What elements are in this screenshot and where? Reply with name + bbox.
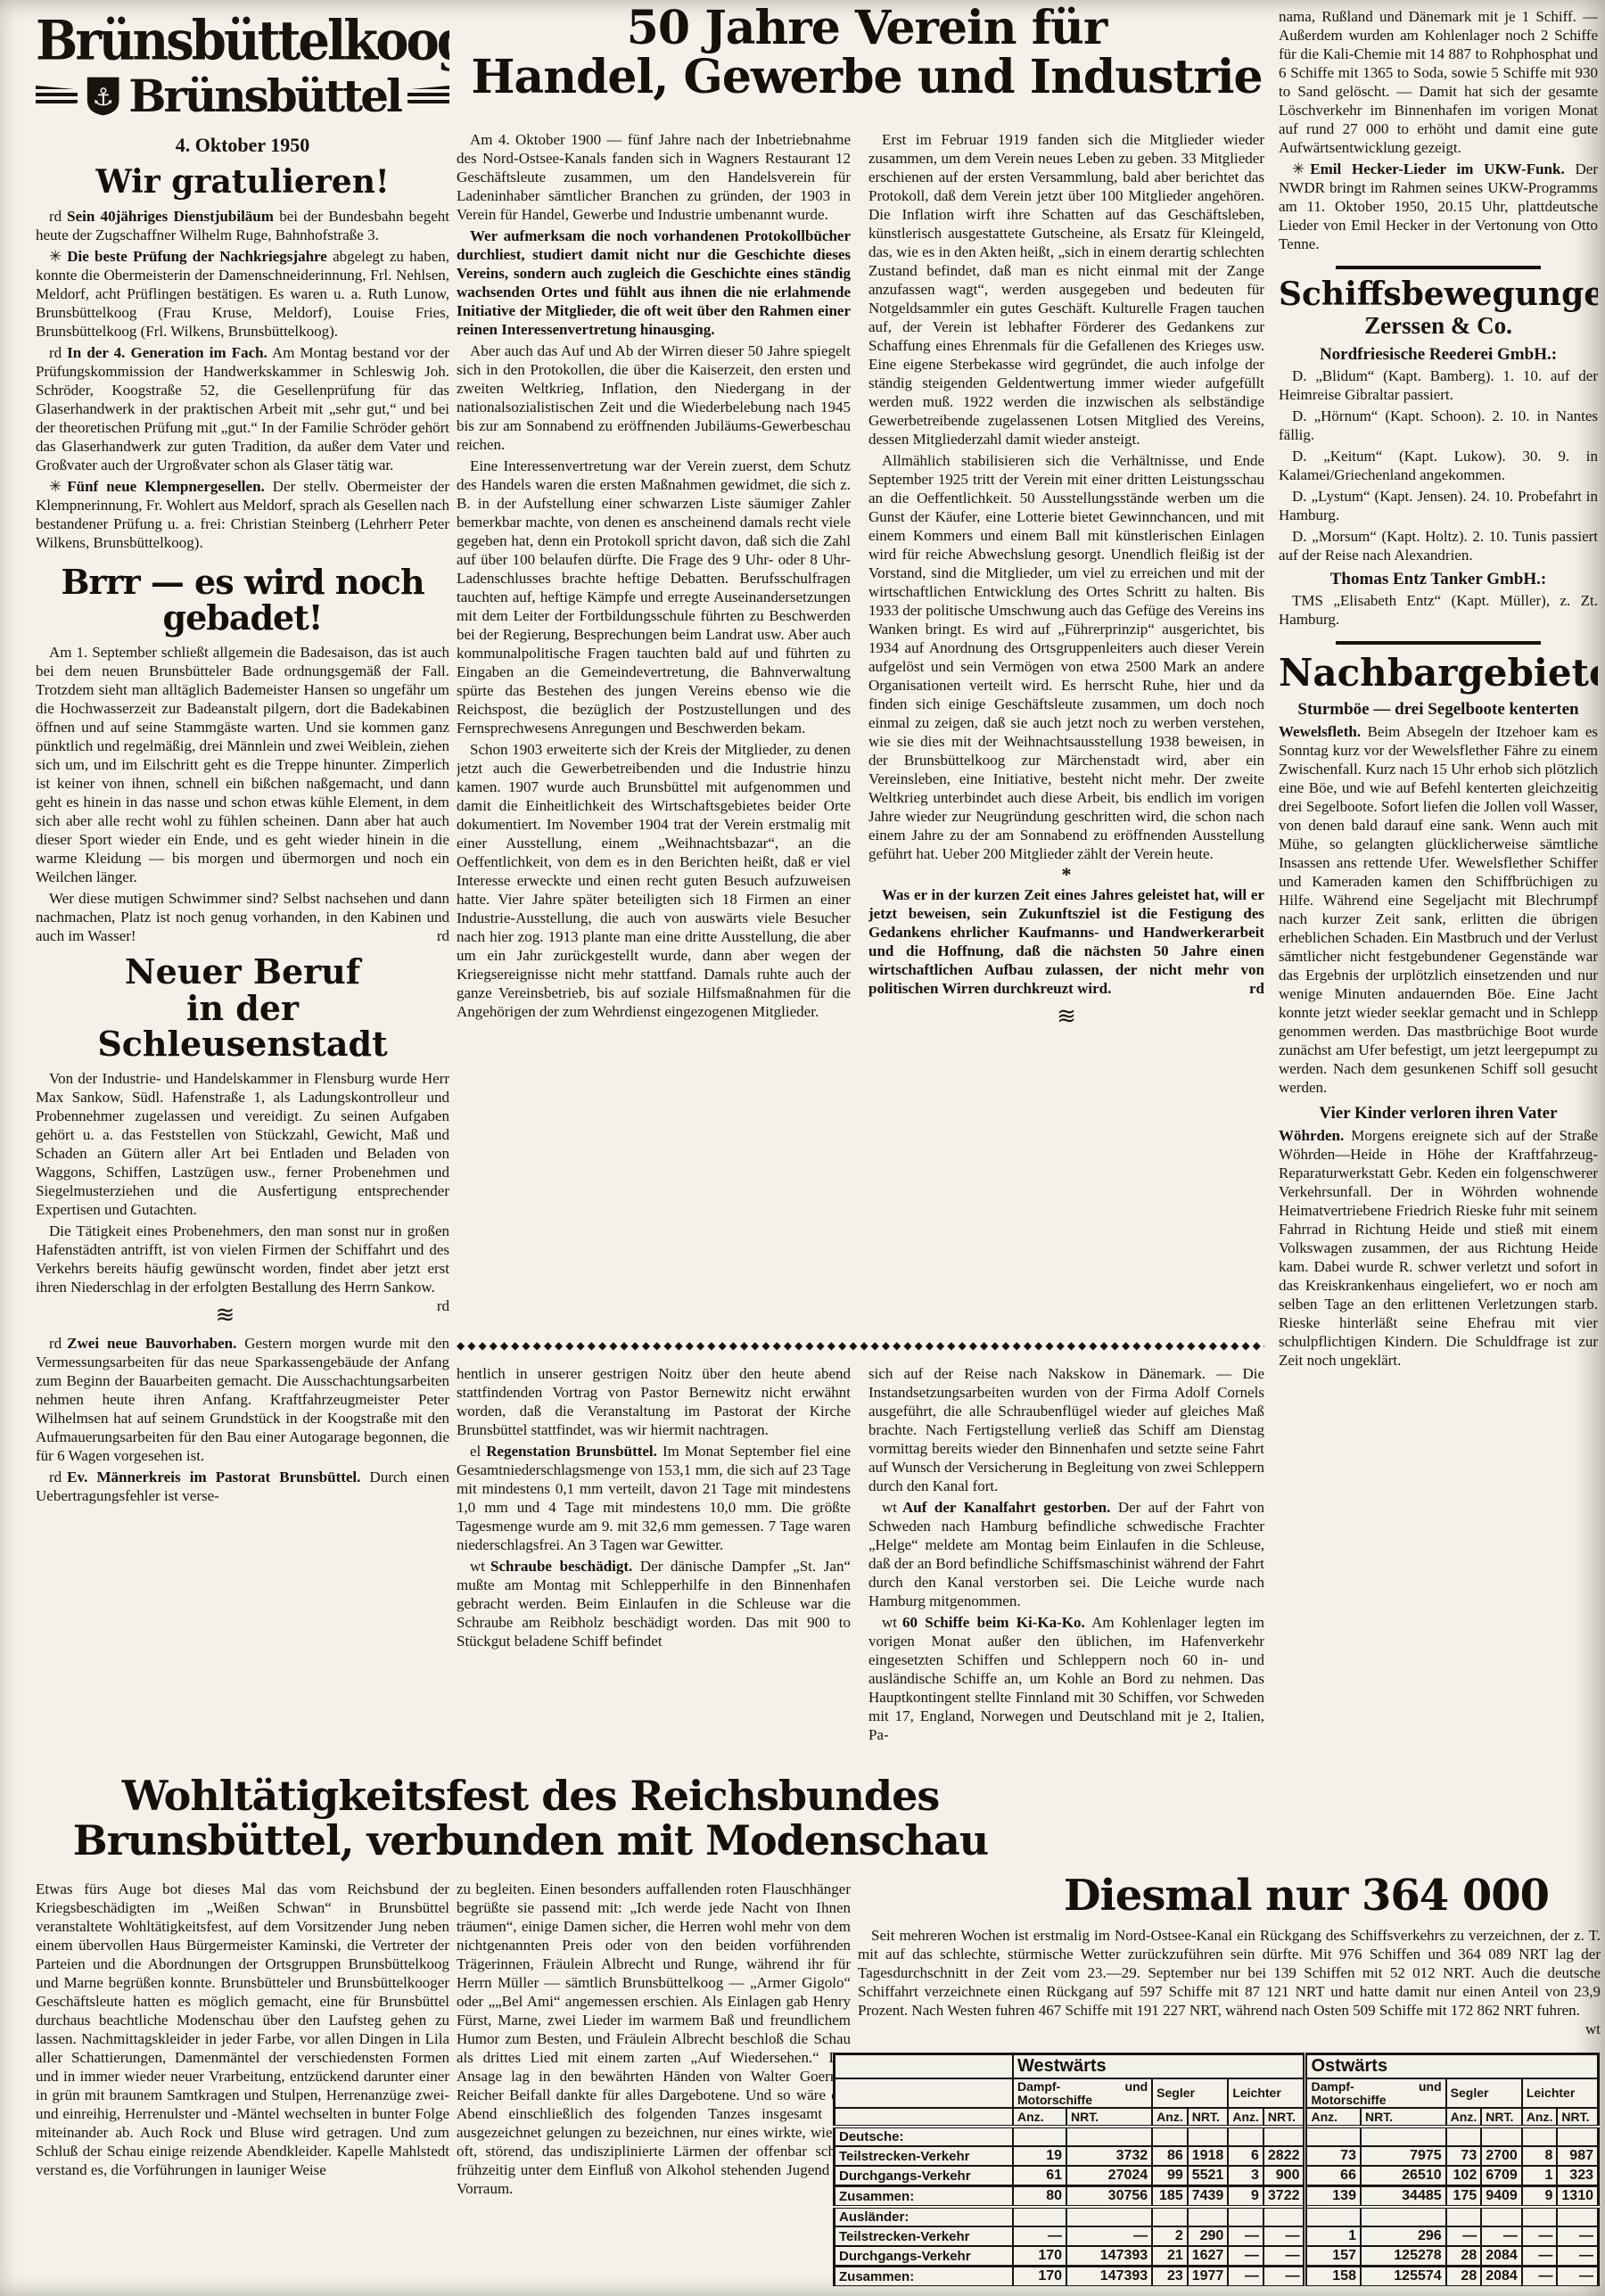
table-cell: 9 bbox=[1522, 2186, 1558, 2208]
table-cell: 102 bbox=[1446, 2166, 1482, 2186]
table-header-nrt: NRT. bbox=[1481, 2108, 1522, 2127]
table-cell: 900 bbox=[1263, 2166, 1305, 2186]
table-cell bbox=[1361, 2127, 1446, 2146]
column-4: nama, Rußland und Dänemark mit je 1 Schi… bbox=[1279, 7, 1598, 1849]
masthead: Brünsbüttelkoog ⚓ Brünsbüttel 4. Oktober… bbox=[36, 16, 449, 157]
paragraph: wt60 Schiffe beim Ki-Ka-Ko. Am Kohlenlag… bbox=[868, 1613, 1264, 1744]
paragraph: nama, Rußland und Dänemark mit je 1 Schi… bbox=[1279, 7, 1598, 157]
table-cell: 125574 bbox=[1361, 2267, 1446, 2286]
paragraph: ✳Fünf neue Klempnergesellen. Der stellv.… bbox=[36, 477, 449, 552]
table-cell bbox=[1481, 2207, 1522, 2226]
table-cell: 9 bbox=[1228, 2186, 1263, 2208]
table-cell: 1310 bbox=[1557, 2186, 1598, 2208]
banner-headline: Wohltätigkeitsfest des Reichsbundes Brun… bbox=[36, 1774, 1025, 1874]
table-cell: — bbox=[1522, 2246, 1558, 2267]
table-cell: 19 bbox=[1013, 2146, 1066, 2166]
table-row-label: Zusammen: bbox=[835, 2186, 1014, 2208]
table-header-group: Segler bbox=[1446, 2078, 1522, 2108]
table-header-group: Leichter bbox=[1228, 2078, 1305, 2108]
nrt-table-wrap: Westwärts Ostwärts Dampf- und Motorschif… bbox=[833, 2053, 1601, 2286]
paragraph: Die Tätigkeit eines Probenehmers, den ma… bbox=[36, 1222, 449, 1296]
svg-text:⚓: ⚓ bbox=[92, 84, 113, 111]
newspaper-page: Brünsbüttelkoog ⚓ Brünsbüttel 4. Oktober… bbox=[0, 0, 1605, 2296]
table-cell: 34485 bbox=[1361, 2186, 1446, 2208]
table-cell bbox=[1066, 2127, 1152, 2146]
table-row: Durchgangs-Verkehr6127024995521390066265… bbox=[835, 2166, 1599, 2186]
column-1: Brünsbüttelkoog ⚓ Brünsbüttel 4. Oktober… bbox=[36, 9, 449, 1764]
table-cell: — bbox=[1481, 2226, 1522, 2246]
main-headline-line1: 50 Jahre Verein für bbox=[457, 4, 1277, 53]
table-header-group: Leichter bbox=[1522, 2078, 1599, 2108]
table-cell: — bbox=[1013, 2226, 1066, 2246]
table-row: Durchgangs-Verkehr170147393211627——15712… bbox=[835, 2246, 1599, 2267]
table-cell: 99 bbox=[1152, 2166, 1188, 2186]
masthead-title-line2: Brünsbüttel bbox=[128, 74, 400, 119]
table-cell bbox=[1263, 2127, 1305, 2146]
table-cell: 28 bbox=[1446, 2267, 1482, 2286]
ship-entry: D. „Blidum“ (Kapt. Bamberg). 1. 10. auf … bbox=[1279, 366, 1598, 404]
table-cell bbox=[1228, 2127, 1263, 2146]
table-cell: 73 bbox=[1446, 2146, 1482, 2166]
paragraph: rdIn der 4. Generation im Fach. Am Monta… bbox=[36, 343, 449, 474]
table-cell bbox=[1305, 2207, 1361, 2226]
paragraph: wtAuf der Kanalfahrt gestorben. Der auf … bbox=[868, 1498, 1264, 1610]
banner-headline-line2: Brunsbüttel, verbunden mit Modenschau bbox=[36, 1819, 1025, 1864]
table-cell: — bbox=[1522, 2226, 1558, 2246]
paragraph: Aber auch das Auf und Ab der Wirren dies… bbox=[457, 342, 851, 454]
paragraph: Wer aufmerksam die noch vorhandenen Prot… bbox=[457, 226, 851, 339]
flourish-right-icon bbox=[407, 86, 449, 107]
paragraph: ✳Die beste Prüfung der Nachkriegsjahre a… bbox=[36, 247, 449, 341]
table-header-group: Dampf- und Motorschiffe bbox=[1013, 2078, 1152, 2108]
table-cell: 157 bbox=[1305, 2246, 1361, 2267]
headline-nachbargebiete: Nachbargebiete bbox=[1279, 654, 1598, 693]
table-cell: — bbox=[1263, 2267, 1305, 2286]
table-cell: 73 bbox=[1305, 2146, 1361, 2166]
table-cell: — bbox=[1263, 2226, 1305, 2246]
diamond-divider: ◆◆◆◆◆◆◆◆◆◆◆◆◆◆◆◆◆◆◆◆◆◆◆◆◆◆◆◆◆◆◆◆◆◆◆◆◆◆◆◆… bbox=[457, 1339, 1264, 1352]
table-header-nrt: NRT. bbox=[1188, 2108, 1229, 2127]
table-cell: 8 bbox=[1522, 2146, 1558, 2166]
table-cell bbox=[1522, 2127, 1558, 2146]
headline-wir-gratulieren: Wir gratulieren! bbox=[36, 166, 449, 200]
paragraph: Schon 1903 erweiterte sich der Kreis der… bbox=[457, 740, 851, 1021]
ship-entry: D. „Lystum“ (Kapt. Jensen). 24. 10. Prob… bbox=[1279, 487, 1598, 524]
table-cell: 23 bbox=[1152, 2267, 1188, 2286]
paragraph: Was er in der kurzen Zeit eines Jahres g… bbox=[868, 885, 1264, 998]
table-cell: 6709 bbox=[1481, 2166, 1522, 2186]
table-cell: 147393 bbox=[1066, 2267, 1152, 2286]
table-cell: — bbox=[1263, 2246, 1305, 2267]
paragraph: Wer diese mutigen Schwimmer sind? Selbst… bbox=[36, 889, 449, 945]
squiggle-divider-icon bbox=[36, 1304, 449, 1327]
table-corner bbox=[835, 2078, 1014, 2108]
paragraph: Seit mehreren Wochen ist erstmalig im No… bbox=[858, 1926, 1601, 2020]
paragraph: hentlich in unserer gestrigen Noitz über… bbox=[457, 1364, 851, 1439]
table-cell: 66 bbox=[1305, 2166, 1361, 2186]
table-cell: — bbox=[1557, 2246, 1598, 2267]
table-cell: 296 bbox=[1361, 2226, 1446, 2246]
bottom-column-b: zu begleiten. Einen besonders auffallend… bbox=[457, 1880, 851, 2290]
table-corner bbox=[835, 2108, 1014, 2127]
table-cell: 80 bbox=[1013, 2186, 1066, 2208]
table-cell: 3 bbox=[1228, 2166, 1263, 2186]
table-cell: 7975 bbox=[1361, 2146, 1446, 2166]
banner-headline-line1: Wohltätigkeitsfest des Reichsbundes bbox=[36, 1774, 1025, 1819]
paragraph: wtSchraube beschädigt. Der dänische Damp… bbox=[457, 1557, 851, 1650]
ship-entry: D. „Hörnum“ (Kapt. Schoon). 2. 10. in Na… bbox=[1279, 407, 1598, 444]
table-cell: 170 bbox=[1013, 2246, 1066, 2267]
table-cell: 125278 bbox=[1361, 2246, 1446, 2267]
table-cell: 175 bbox=[1446, 2186, 1482, 2208]
table-cell: 1627 bbox=[1188, 2246, 1229, 2267]
table-cell bbox=[1152, 2127, 1188, 2146]
paragraph: Etwas fürs Auge bot dieses Mal das vom R… bbox=[36, 1880, 449, 2179]
table-cell: 185 bbox=[1152, 2186, 1188, 2208]
table-cell: 9409 bbox=[1481, 2186, 1522, 2208]
table-cell bbox=[1361, 2207, 1446, 2226]
table-cell: 30756 bbox=[1066, 2186, 1152, 2208]
table-cell bbox=[1557, 2207, 1598, 2226]
table-row-label: Deutsche: bbox=[835, 2127, 1014, 2146]
paragraph: sich auf der Reise nach Nakskow in Dänem… bbox=[868, 1364, 1264, 1495]
table-cell: — bbox=[1228, 2226, 1263, 2246]
paragraph: elRegenstation Brunsbüttel. Im Monat Sep… bbox=[457, 1442, 851, 1554]
subhead-vier-kinder: Vier Kinder verloren ihren Vater bbox=[1279, 1104, 1598, 1123]
headline-schiffsbewegungen: Schiffsbewegungen bbox=[1279, 278, 1598, 310]
ship-entry: TMS „Elisabeth Entz“ (Kapt. Müller), z. … bbox=[1279, 591, 1598, 629]
table-cell: — bbox=[1522, 2267, 1558, 2286]
table-cell: 987 bbox=[1557, 2146, 1598, 2166]
paragraph: Wewelsfleth. Beim Absegeln der Itzehoer … bbox=[1279, 722, 1598, 1097]
table-cell: — bbox=[1557, 2267, 1598, 2286]
masthead-title-line1: Brünsbüttelkoog bbox=[36, 14, 449, 68]
table-cell: 2084 bbox=[1481, 2267, 1522, 2286]
table-cell: 3732 bbox=[1066, 2146, 1152, 2166]
table-header-anz: Anz. bbox=[1305, 2108, 1361, 2127]
table-cell bbox=[1446, 2127, 1482, 2146]
table-cell bbox=[1557, 2127, 1598, 2146]
star-divider-icon: * bbox=[868, 866, 1264, 884]
table-row-label: Durchgangs-Verkehr bbox=[835, 2246, 1014, 2267]
column-2-top: Am 4. Oktober 1900 — fünf Jahre nach der… bbox=[457, 130, 851, 1336]
table-cell: 1 bbox=[1305, 2226, 1361, 2246]
table-group-row: Deutsche: bbox=[835, 2127, 1599, 2146]
squiggle-divider-icon bbox=[868, 1005, 1264, 1028]
flourish-left-icon bbox=[36, 86, 78, 107]
subtitle-zerssen: Zerssen & Co. bbox=[1279, 312, 1598, 340]
table-cell: 2700 bbox=[1481, 2146, 1522, 2166]
table-cell: 139 bbox=[1305, 2186, 1361, 2208]
table-header-nrt: NRT. bbox=[1066, 2108, 1152, 2127]
table-row: Teilstrecken-Verkehr19373286191862822737… bbox=[835, 2146, 1599, 2166]
paragraph: Wöhrden. Morgens ereignete sich auf der … bbox=[1279, 1126, 1598, 1370]
table-cell: 1 bbox=[1522, 2166, 1558, 2186]
headline-diesmal: Diesmal nur 364 000 NRT bbox=[1012, 1871, 1601, 1921]
paragraph: Allmählich stabilisieren sich die Verhäl… bbox=[868, 451, 1264, 863]
column-3-top: Erst im Februar 1919 fanden sich die Mit… bbox=[868, 130, 1264, 1336]
table-header-nrt: NRT. bbox=[1557, 2108, 1598, 2127]
table-cell: 147393 bbox=[1066, 2246, 1152, 2267]
paragraph: rdZwei neue Bauvorhaben. Gestern morgen … bbox=[36, 1334, 449, 1465]
table-cell: — bbox=[1446, 2226, 1482, 2246]
table-row-label: Teilstrecken-Verkehr bbox=[835, 2146, 1014, 2166]
table-cell bbox=[1481, 2127, 1522, 2146]
table-row-label: Durchgangs-Verkehr bbox=[835, 2166, 1014, 2186]
paragraph: zu begleiten. Einen besonders auffallend… bbox=[457, 1880, 851, 2198]
paragraph: Am 1. September schließt allgemein die B… bbox=[36, 643, 449, 886]
nrt-table: Westwärts Ostwärts Dampf- und Motorschif… bbox=[833, 2053, 1600, 2286]
table-header-anz: Anz. bbox=[1152, 2108, 1188, 2127]
table-cell: 1918 bbox=[1188, 2146, 1229, 2166]
table-cell bbox=[1152, 2207, 1188, 2226]
table-cell: 158 bbox=[1305, 2267, 1361, 2286]
table-header-group: Dampf- und Motorschiffe bbox=[1305, 2078, 1446, 2108]
table-row-label: Teilstrecken-Verkehr bbox=[835, 2226, 1014, 2246]
table-header-anz: Anz. bbox=[1522, 2108, 1558, 2127]
table-header-ost: Ostwärts bbox=[1305, 2054, 1599, 2079]
table-cell: 27024 bbox=[1066, 2166, 1152, 2186]
nrt-table-body: Deutsche:Teilstrecken-Verkehr19373286191… bbox=[835, 2127, 1599, 2286]
table-group-row: Ausländer: bbox=[835, 2207, 1599, 2226]
paragraph: Am 4. Oktober 1900 — fünf Jahre nach der… bbox=[457, 130, 851, 224]
table-cell bbox=[1066, 2207, 1152, 2226]
table-header-nrt: NRT. bbox=[1263, 2108, 1305, 2127]
table-cell bbox=[1188, 2207, 1229, 2226]
table-cell: 3722 bbox=[1263, 2186, 1305, 2208]
table-cell bbox=[1263, 2207, 1305, 2226]
paragraph: Erst im Februar 1919 fanden sich die Mit… bbox=[868, 130, 1264, 449]
table-row: Zusammen:170147393231977——15812557428208… bbox=[835, 2267, 1599, 2286]
table-cell: 86 bbox=[1152, 2146, 1188, 2166]
main-headline-line2: Handel, Gewerbe und Industrie bbox=[457, 53, 1277, 102]
table-cell: 7439 bbox=[1188, 2186, 1229, 2208]
table-cell bbox=[1188, 2127, 1229, 2146]
table-header-nrt: NRT. bbox=[1361, 2108, 1446, 2127]
paragraph: Von der Industrie- und Handelskammer in … bbox=[36, 1069, 449, 1219]
headline-brrr: Brrr — es wird noch gebadet! bbox=[36, 564, 449, 636]
ship-entry: D. „Keitum“ (Kapt. Lukow). 30. 9. in Kal… bbox=[1279, 447, 1598, 484]
table-cell bbox=[1446, 2207, 1482, 2226]
table-cell: 1977 bbox=[1188, 2267, 1229, 2286]
table-header-anz: Anz. bbox=[1228, 2108, 1263, 2127]
main-headline: 50 Jahre Verein für Handel, Gewerbe und … bbox=[457, 4, 1277, 121]
table-cell: — bbox=[1228, 2246, 1263, 2267]
table-row-label: Ausländer: bbox=[835, 2207, 1014, 2226]
reederei-group-1: Nordfriesische Reederei GmbH.: bbox=[1279, 345, 1598, 365]
table-cell: 61 bbox=[1013, 2166, 1066, 2186]
crest-anchor-icon: ⚓ bbox=[85, 68, 121, 125]
table-cell: 28 bbox=[1446, 2246, 1482, 2267]
table-corner bbox=[835, 2054, 1014, 2079]
table-cell: 26510 bbox=[1361, 2166, 1446, 2186]
column-2-bottom: hentlich in unserer gestrigen Noitz über… bbox=[457, 1364, 851, 1762]
table-cell: 2822 bbox=[1263, 2146, 1305, 2166]
table-cell bbox=[1305, 2127, 1361, 2146]
subhead-sturmboe: Sturmböe — drei Segelboote kenterten bbox=[1279, 700, 1598, 720]
diesmal-body: Seit mehreren Wochen ist erstmalig im No… bbox=[858, 1926, 1601, 2049]
table-cell: 6 bbox=[1228, 2146, 1263, 2166]
reederei-group-2: Thomas Entz Tanker GmbH.: bbox=[1279, 570, 1598, 589]
table-cell: 5521 bbox=[1188, 2166, 1229, 2186]
paragraph: ✳Emil Hecker-Lieder im UKW-Funk. Der NWD… bbox=[1279, 160, 1598, 253]
table-cell: — bbox=[1557, 2226, 1598, 2246]
table-header-group: Segler bbox=[1152, 2078, 1228, 2108]
table-cell: 2084 bbox=[1481, 2246, 1522, 2267]
table-cell: 2 bbox=[1152, 2226, 1188, 2246]
rule-divider bbox=[1336, 266, 1541, 269]
table-cell: — bbox=[1228, 2267, 1263, 2286]
bottom-column-a: Etwas fürs Auge bot dieses Mal das vom R… bbox=[36, 1880, 449, 2290]
table-cell bbox=[1013, 2127, 1066, 2146]
table-header-anz: Anz. bbox=[1013, 2108, 1066, 2127]
table-cell: 290 bbox=[1188, 2226, 1229, 2246]
table-cell bbox=[1228, 2207, 1263, 2226]
table-cell: 21 bbox=[1152, 2246, 1188, 2267]
table-row-label: Zusammen: bbox=[835, 2267, 1014, 2286]
paragraph: rdSein 40jähriges Dienstjubiläum bei der… bbox=[36, 207, 449, 244]
rule-divider bbox=[1336, 641, 1541, 645]
table-cell bbox=[1013, 2207, 1066, 2226]
headline-neuer-beruf-1: Neuer Beruf bbox=[36, 954, 449, 990]
table-row: Teilstrecken-Verkehr——2290——1296———— bbox=[835, 2226, 1599, 2246]
table-row: Zusammen:8030756185743993722139344851759… bbox=[835, 2186, 1599, 2208]
masthead-date: 4. Oktober 1950 bbox=[36, 134, 449, 157]
paragraph: Eine Interessenvertretung war der Verein… bbox=[457, 457, 851, 737]
table-header-anz: Anz. bbox=[1446, 2108, 1482, 2127]
table-header-west: Westwärts bbox=[1013, 2054, 1305, 2079]
table-cell: 323 bbox=[1557, 2166, 1598, 2186]
table-cell: 170 bbox=[1013, 2267, 1066, 2286]
ship-entry: D. „Morsum“ (Kapt. Holtz). 2. 10. Tunis … bbox=[1279, 527, 1598, 564]
table-cell: — bbox=[1066, 2226, 1152, 2246]
paragraph: rdEv. Männerkreis im Pastorat Brunsbütte… bbox=[36, 1468, 449, 1505]
table-cell bbox=[1522, 2207, 1558, 2226]
headline-neuer-beruf-2: in der Schleusenstadt bbox=[36, 991, 449, 1062]
